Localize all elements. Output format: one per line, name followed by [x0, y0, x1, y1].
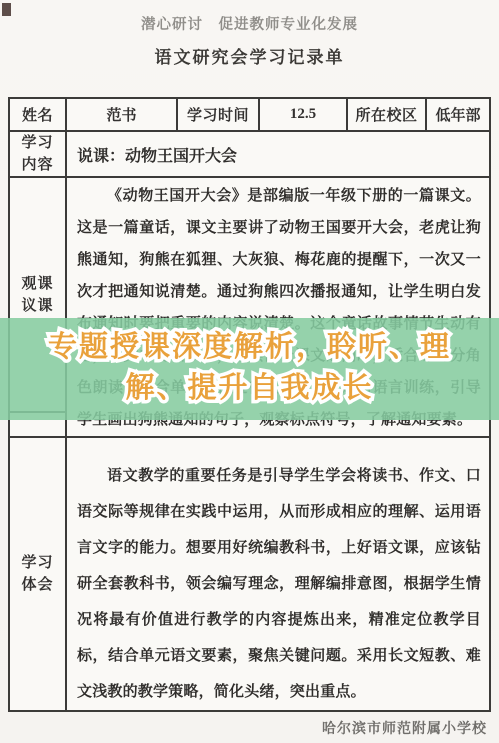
- reflect-text-cell: 语文教学的重要任务是引导学生学会将读书、作文、口语交际等规律在实践中运用，从而形…: [67, 438, 489, 710]
- campus-value: 低年部: [427, 99, 489, 130]
- name-label: 姓名: [10, 99, 67, 130]
- headline-text: 专题授课深度解析，聆听、理解、提升自我成长: [34, 327, 465, 409]
- campus-label: 所在校区: [348, 99, 427, 130]
- reflect-label-cell: 学习体会: [10, 438, 67, 710]
- name-value: 范书: [67, 99, 178, 130]
- time-label: 学习时间: [178, 99, 260, 130]
- info-row: 姓名 范书 学习时间 12.5 所在校区 低年部: [10, 99, 489, 132]
- header-motto: 潜心研讨 促进教师专业化发展: [0, 13, 499, 34]
- content-label: 学习内容: [21, 132, 54, 176]
- content-label-cell: 学习内容: [10, 132, 67, 176]
- page-title: 语文研究会学习记录单: [0, 43, 499, 68]
- time-value: 12.5: [260, 99, 348, 130]
- content-value: 说课：动物王国开大会: [67, 143, 245, 166]
- reflect-paragraph: 语文教学的重要任务是引导学生学会将读书、作文、口语交际等规律在实践中运用，从而形…: [67, 438, 489, 710]
- reflect-row: 学习体会 语文教学的重要任务是引导学生学会将读书、作文、口语交际等规律在实践中运…: [10, 438, 489, 710]
- headline-banner: 专题授课深度解析，聆听、理解、提升自我成长 专题授课深度解析，聆听、理解、提升自…: [0, 327, 499, 413]
- content-value-cell: 说课：动物王国开大会: [67, 132, 489, 176]
- school-name: 哈尔滨市师范附属小学校: [322, 718, 487, 738]
- content-row: 学习内容 说课：动物王国开大会: [10, 132, 489, 178]
- document-photo: 潜心研讨 促进教师专业化发展 语文研究会学习记录单 姓名 范书 学习时间 12.…: [0, 0, 499, 743]
- observe-label: 观课议课: [21, 273, 54, 317]
- reflect-label: 学习体会: [21, 552, 54, 596]
